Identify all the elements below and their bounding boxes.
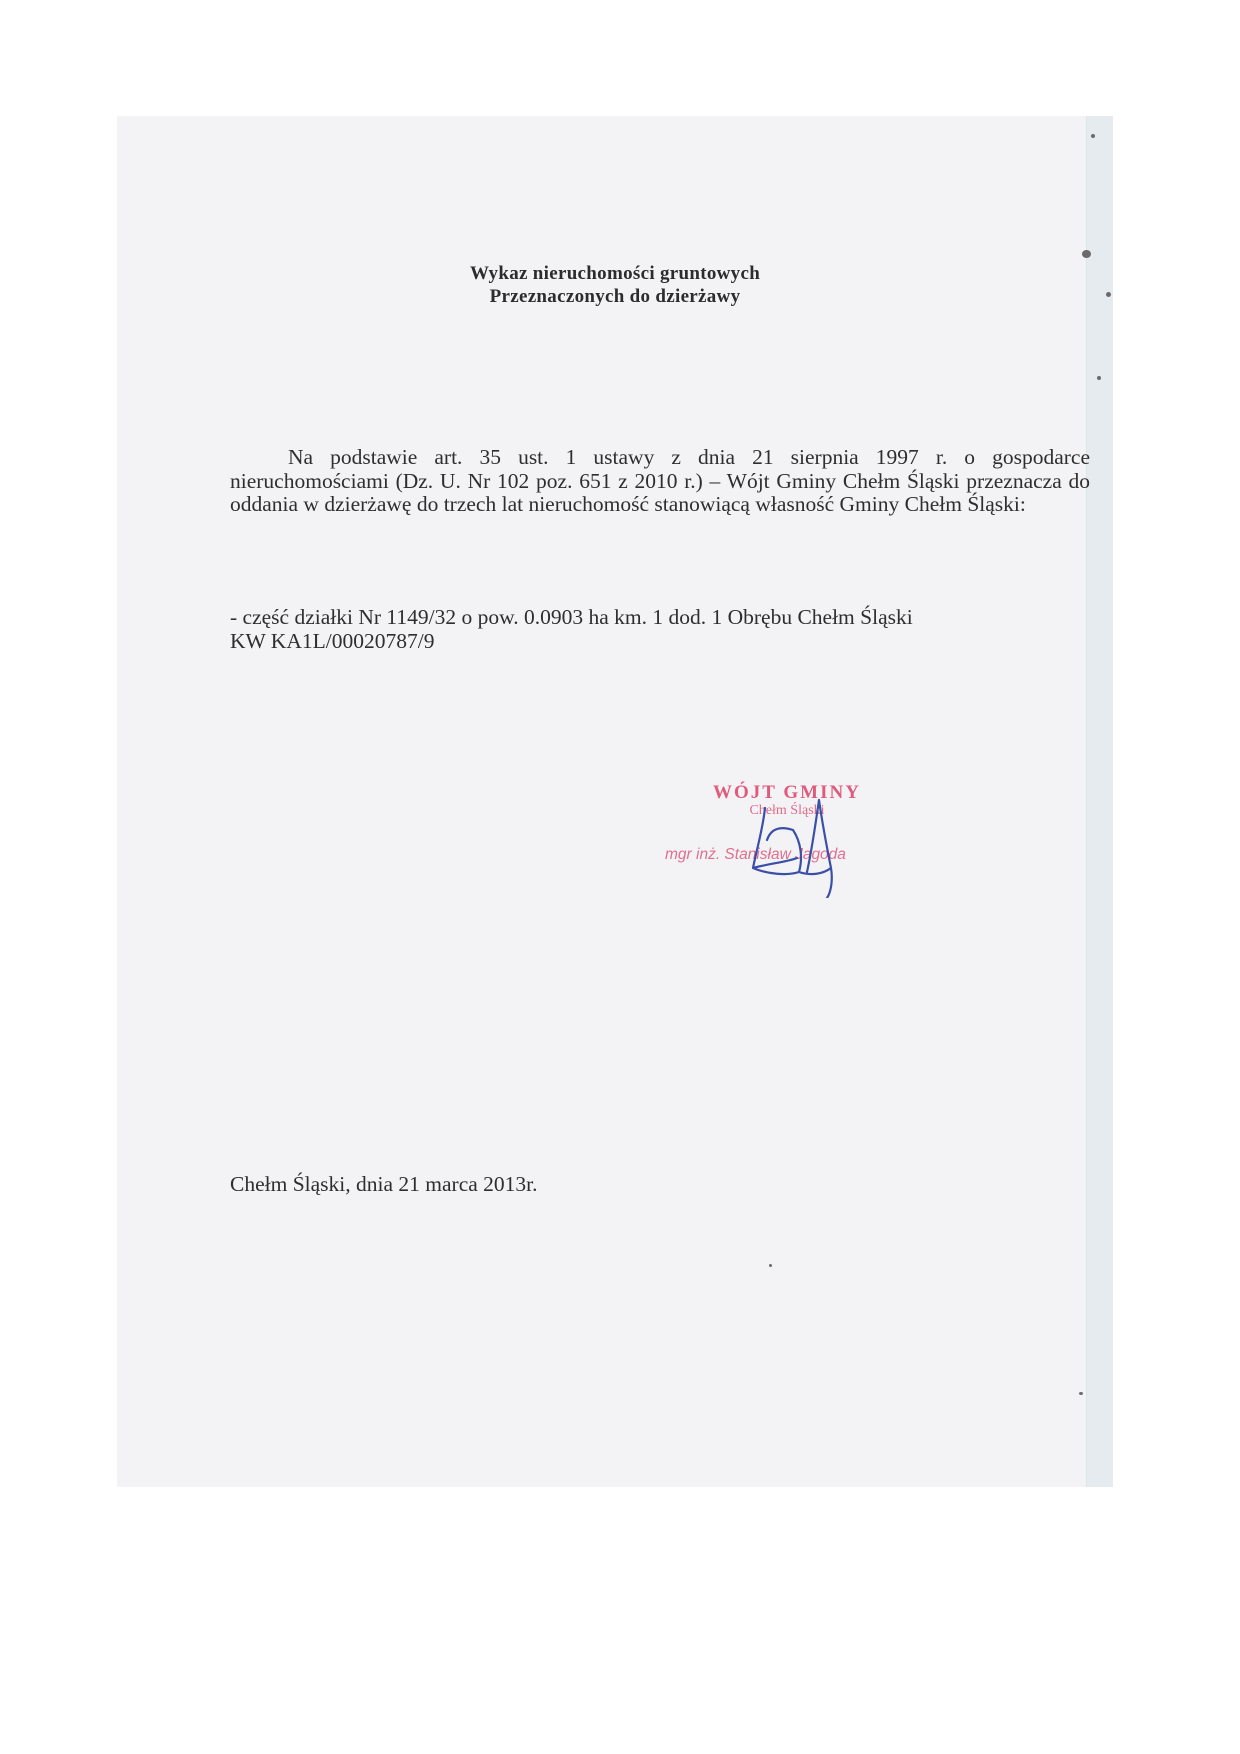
- place-and-date: Chełm Śląski, dnia 21 marca 2013r.: [230, 1173, 1090, 1197]
- parcel-line-2: KW KA1L/00020787/9: [230, 630, 1090, 654]
- title-line-1: Wykaz nieruchomości gruntowych: [117, 262, 1113, 285]
- parcel-line-1: - część działki Nr 1149/32 o pow. 0.0903…: [230, 606, 1090, 630]
- scan-speck: [1097, 376, 1101, 380]
- scanned-page: Wykaz nieruchomości gruntowych Przeznacz…: [117, 116, 1113, 1487]
- intro-paragraph: Na podstawie art. 35 ust. 1 ustawy z dni…: [230, 446, 1090, 517]
- scan-edge-strip: [1086, 116, 1113, 1487]
- scan-speck: [1091, 134, 1095, 138]
- signature-icon: [727, 788, 867, 898]
- title-line-2: Przeznaczonych do dzierżawy: [117, 285, 1113, 308]
- scan-speck: [769, 1264, 772, 1267]
- document-title: Wykaz nieruchomości gruntowych Przeznacz…: [117, 262, 1113, 308]
- official-stamp: WÓJT GMINY Chełm Śląski mgr inż. Stanisł…: [657, 776, 917, 896]
- scan-speck: [1082, 250, 1091, 258]
- scan-speck: [1079, 1392, 1083, 1395]
- parcel-description: - część działki Nr 1149/32 o pow. 0.0903…: [230, 606, 1090, 653]
